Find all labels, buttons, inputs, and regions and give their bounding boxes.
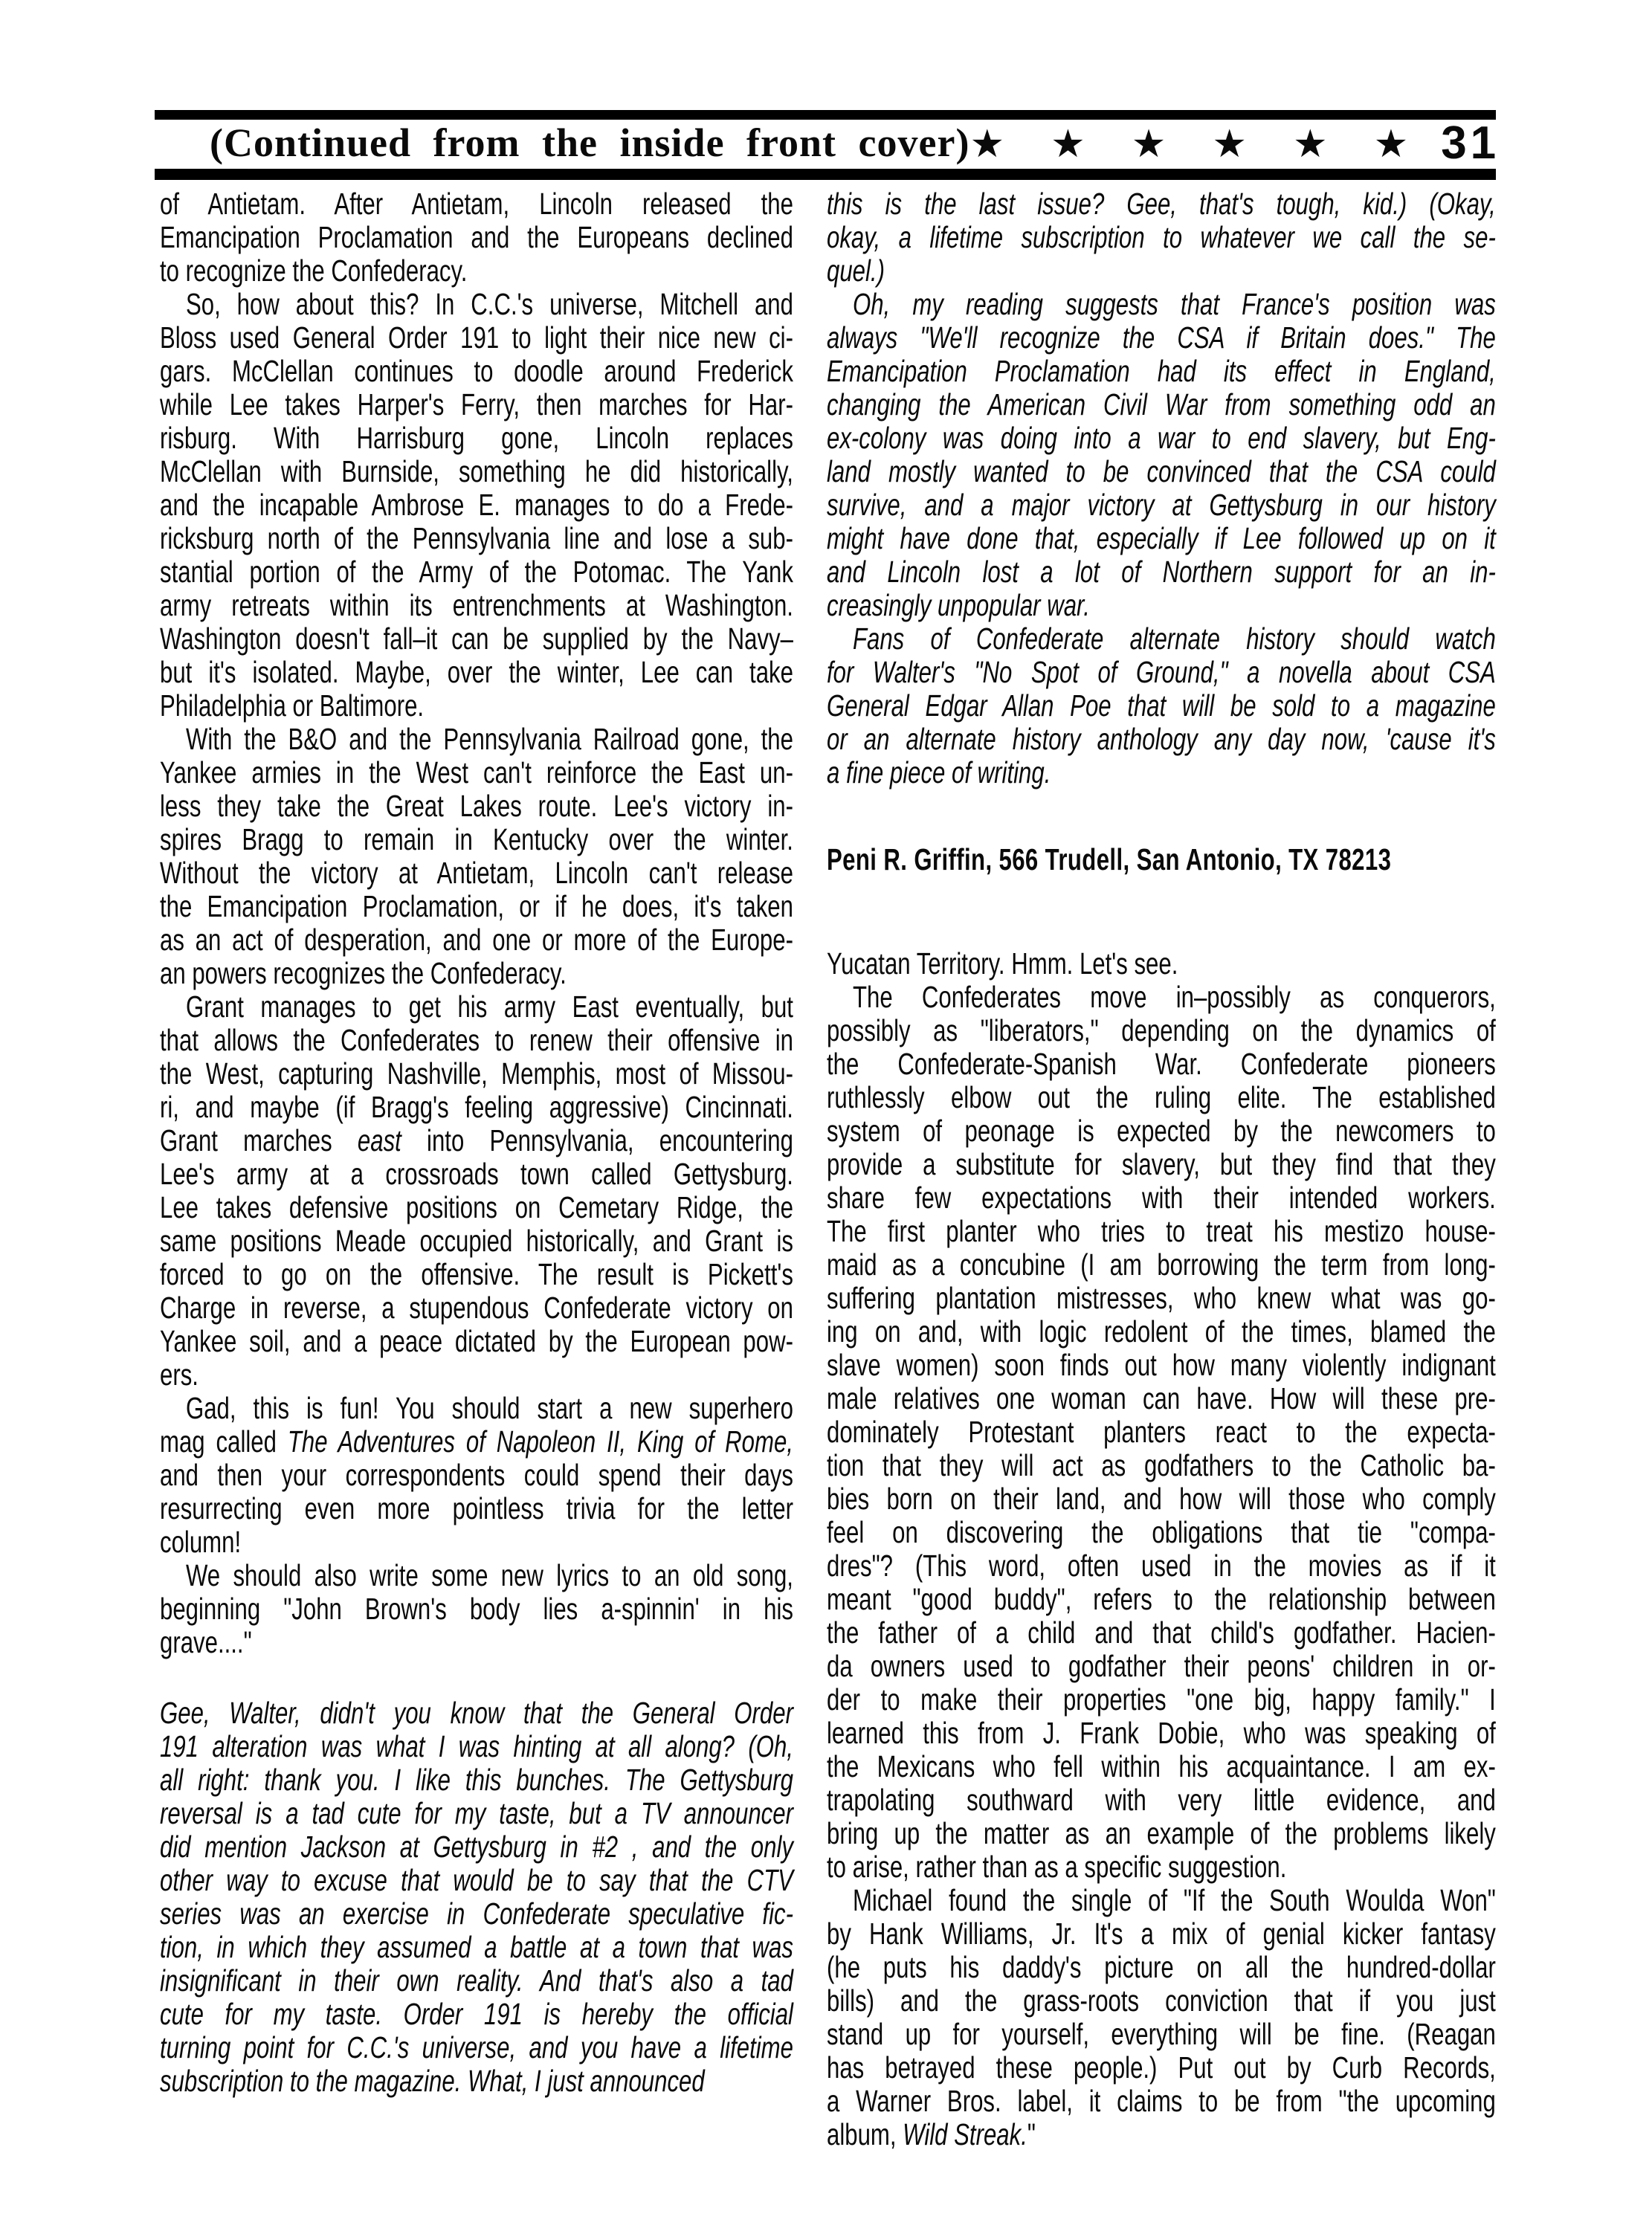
paragraph: of Antietam. After Antietam, Lincoln rel…	[160, 187, 793, 288]
star-icon: ★	[1293, 125, 1328, 164]
text-line: system of peonage is expected by the new…	[827, 1114, 1496, 1148]
text-line: and the incapable Ambrose E. manages to …	[160, 488, 793, 522]
text-line: the West, capturing Nashville, Memphis, …	[160, 1057, 793, 1091]
continuation-header: (Continued from the inside front cover) …	[155, 110, 1496, 180]
text-line: Gad, this is fun! You should start a new…	[160, 1392, 793, 1425]
text-line: ri, and maybe (if Bragg's feeling aggres…	[160, 1091, 793, 1124]
paragraph: So, how about this? In C.C.'s universe, …	[160, 288, 793, 723]
text-line: for Walter's "No Spot of Ground," a nove…	[827, 656, 1496, 689]
text-line: this is the last issue? Gee, that's toug…	[827, 187, 1496, 221]
text-line: With the B&O and the Pennsylvania Railro…	[160, 723, 793, 756]
header-title: (Continued from the inside front cover)	[210, 120, 969, 169]
text-line: Michael found the single of "If the Sout…	[827, 1884, 1496, 1917]
star-icon: ★	[969, 125, 1004, 164]
text-line: General Edgar Allan Poe that will be sol…	[827, 689, 1496, 723]
text-line: army retreats within its entrenchments a…	[160, 589, 793, 622]
left-column-text: of Antietam. After Antietam, Lincoln rel…	[160, 187, 793, 2098]
paragraph: With the B&O and the Pennsylvania Railro…	[160, 723, 793, 990]
text-line: has betrayed these people.) Put out by C…	[827, 2051, 1496, 2085]
paragraph: Grant manages to get his army East event…	[160, 990, 793, 1392]
paragraph: Gee, Walter, didn't you know that the Ge…	[160, 1696, 793, 2098]
text-line: The Confederates move in–possibly as con…	[827, 981, 1496, 1014]
right-column: this is the last issue? Gee, that's toug…	[827, 187, 1496, 2151]
text-line: by Hank Williams, Jr. It's a mix of geni…	[827, 1917, 1496, 1951]
paragraph: Gad, this is fun! You should start a new…	[160, 1392, 793, 1559]
text-line: dominately Protestant planters react to …	[827, 1415, 1496, 1449]
text-line: ex-colony was doing into a war to end sl…	[827, 422, 1496, 455]
text-line: tion that they will act as godfathers to…	[827, 1449, 1496, 1482]
text-line: to arise, rather than as a specific sugg…	[827, 1850, 1496, 1884]
text-line: spires Bragg to remain in Kentucky over …	[160, 823, 793, 856]
star-row: ★★★★★★	[969, 125, 1408, 164]
left-column: of Antietam. After Antietam, Lincoln rel…	[160, 187, 793, 2098]
text-line: 191 alteration was what I was hinting at…	[160, 1730, 793, 1763]
text-line: grave...."	[160, 1626, 793, 1659]
text-line: the Confederate-Spanish War. Confederate…	[827, 1047, 1496, 1081]
text-line: or an alternate history anthology any da…	[827, 723, 1496, 756]
text-line: bring up the matter as an example of the…	[827, 1817, 1496, 1850]
paragraph: The Confederates move in–possibly as con…	[827, 981, 1496, 1884]
text-line: da owners used to godfather their peons'…	[827, 1650, 1496, 1683]
text-line: album, Wild Streak."	[827, 2118, 1496, 2151]
star-icon: ★	[1212, 125, 1247, 164]
text-line: same positions Meade occupied historical…	[160, 1224, 793, 1258]
text-line: possibly as "liberators," depending on t…	[827, 1014, 1496, 1047]
text-line: survive, and a major victory at Gettysbu…	[827, 488, 1496, 522]
text-line: We should also write some new lyrics to …	[160, 1559, 793, 1592]
text-line: the father of a child and that child's g…	[827, 1616, 1496, 1650]
text-line: column!	[160, 1525, 793, 1559]
text-line: stantial portion of the Army of the Poto…	[160, 555, 793, 589]
text-line: the Mexicans who fell within his acquain…	[827, 1750, 1496, 1783]
text-line: other way to excuse that would be to say…	[160, 1864, 793, 1897]
text-line: Oh, my reading suggests that France's po…	[827, 288, 1496, 321]
text-line: (he puts his daddy's picture on all the …	[827, 1951, 1496, 1984]
text-line: Peni R. Griffin, 566 Trudell, San Antoni…	[827, 843, 1496, 876]
text-line: Charge in reverse, a stupendous Confeder…	[160, 1291, 793, 1325]
text-line: less they take the Great Lakes route. Le…	[160, 790, 793, 823]
text-line: Without the victory at Antietam, Lincoln…	[160, 856, 793, 890]
text-line: mag called The Adventures of Napoleon II…	[160, 1425, 793, 1459]
text-line: Grant marches east into Pennsylvania, en…	[160, 1124, 793, 1158]
text-line: Emancipation Proclamation and the Europe…	[160, 221, 793, 254]
paragraph: We should also write some new lyrics to …	[160, 1559, 793, 1659]
text-line: der to make their properties "one big, h…	[827, 1683, 1496, 1717]
text-line: risburg. With Harrisburg gone, Lincoln r…	[160, 422, 793, 455]
text-line: Grant manages to get his army East event…	[160, 990, 793, 1024]
text-line: slave women) soon finds out how many vio…	[827, 1349, 1496, 1382]
text-line: the Emancipation Proclamation, or if he …	[160, 890, 793, 923]
text-line: creasingly unpopular war.	[827, 589, 1496, 622]
text-line: as an act of desperation, and one or mor…	[160, 923, 793, 957]
page: { "header": { "continued_text": "(Contin…	[0, 0, 1652, 2231]
text-line: of Antietam. After Antietam, Lincoln rel…	[160, 187, 793, 221]
text-line: did mention Jackson at Gettysburg in #2 …	[160, 1830, 793, 1864]
text-line: provide a substitute for slavery, but th…	[827, 1148, 1496, 1181]
star-icon: ★	[1132, 125, 1167, 164]
text-line: So, how about this? In C.C.'s universe, …	[160, 288, 793, 321]
text-line: male relatives one woman can have. How w…	[827, 1382, 1496, 1415]
text-line: Washington doesn't fall–it can be suppli…	[160, 622, 793, 656]
text-line: Yankee armies in the West can't reinforc…	[160, 756, 793, 790]
text-line: that allows the Confederates to renew th…	[160, 1024, 793, 1057]
page-number: 31	[1441, 117, 1500, 172]
text-line: series was an exercise in Confederate sp…	[160, 1897, 793, 1931]
text-line: share few expectations with their intend…	[827, 1181, 1496, 1215]
text-line: subscription to the magazine. What, I ju…	[160, 2064, 793, 2098]
text-line: Yucatan Territory. Hmm. Let's see.	[827, 947, 1496, 981]
text-line: all right: thank you. I like this bunche…	[160, 1763, 793, 1797]
text-line: ing on and, with logic redolent of the t…	[827, 1315, 1496, 1349]
text-line: suffering plantation mistresses, who kne…	[827, 1282, 1496, 1315]
text-line: Lee's army at a crossroads town called G…	[160, 1158, 793, 1191]
text-line: learned this from J. Frank Dobie, who wa…	[827, 1717, 1496, 1750]
text-line: but it's isolated. Maybe, over the winte…	[160, 656, 793, 689]
text-line: bies born on their land, and how will th…	[827, 1482, 1496, 1516]
text-line: and Lincoln lost a lot of Northern suppo…	[827, 555, 1496, 589]
text-line: might have done that, especially if Lee …	[827, 522, 1496, 555]
text-line: gars. McClellan continues to doodle arou…	[160, 355, 793, 388]
text-line: trapolating southward with very little e…	[827, 1783, 1496, 1817]
text-line: an powers recognizes the Confederacy.	[160, 957, 793, 990]
text-line: dres"? (This word, often used in the mov…	[827, 1549, 1496, 1583]
text-line: Emancipation Proclamation had its effect…	[827, 355, 1496, 388]
text-line: Philadelphia or Baltimore.	[160, 689, 793, 723]
text-line: ers.	[160, 1358, 793, 1392]
paragraph: Yucatan Territory. Hmm. Let's see.	[827, 947, 1496, 981]
paragraph: this is the last issue? Gee, that's toug…	[827, 187, 1496, 288]
text-line: resurrecting even more pointless trivia …	[160, 1492, 793, 1525]
text-line: maid as a concubine (I am borrowing the …	[827, 1248, 1496, 1282]
text-line: okay, a lifetime subscription to whateve…	[827, 221, 1496, 254]
text-line: ricksburg north of the Pennsylvania line…	[160, 522, 793, 555]
text-line: Lee takes defensive positions on Cemetar…	[160, 1191, 793, 1224]
star-icon: ★	[1051, 125, 1085, 164]
text-line: changing the American Civil War from som…	[827, 388, 1496, 422]
section-heading: Peni R. Griffin, 566 Trudell, San Antoni…	[827, 843, 1496, 876]
text-line: Fans of Confederate alternate history sh…	[827, 622, 1496, 656]
text-line: bills) and the grass-roots conviction th…	[827, 1984, 1496, 2018]
text-line: Gee, Walter, didn't you know that the Ge…	[160, 1696, 793, 1730]
text-line: feel on discovering the obligations that…	[827, 1516, 1496, 1549]
text-line: stand up for yourself, everything will b…	[827, 2018, 1496, 2051]
text-line: Yankee soil, and a peace dictated by the…	[160, 1325, 793, 1358]
text-line: beginning "John Brown's body lies a-spin…	[160, 1592, 793, 1626]
text-line: land mostly wanted to be convinced that …	[827, 455, 1496, 488]
text-line: cute for my taste. Order 191 is hereby t…	[160, 1998, 793, 2031]
text-line: tion, in which they assumed a battle at …	[160, 1931, 793, 1964]
text-line: quel.)	[827, 254, 1496, 288]
text-line: The first planter who tries to treat his…	[827, 1215, 1496, 1248]
text-line: and then your correspondents could spend…	[160, 1459, 793, 1492]
text-line: reversal is a tad cute for my taste, but…	[160, 1797, 793, 1830]
text-line: turning point for C.C.'s universe, and y…	[160, 2031, 793, 2064]
text-line: McClellan with Burnside, something he di…	[160, 455, 793, 488]
text-line: forced to go on the offensive. The resul…	[160, 1258, 793, 1291]
text-line: meant "good buddy", refers to the relati…	[827, 1583, 1496, 1616]
text-line: a Warner Bros. label, it claims to be fr…	[827, 2085, 1496, 2118]
paragraph: Michael found the single of "If the Sout…	[827, 1884, 1496, 2151]
text-line: insignificant in their own reality. And …	[160, 1964, 793, 1998]
text-line: ruthlessly elbow out the ruling elite. T…	[827, 1081, 1496, 1114]
text-line: always "We'll recognize the CSA if Brita…	[827, 321, 1496, 355]
text-line: to recognize the Confederacy.	[160, 254, 793, 288]
right-column-text: this is the last issue? Gee, that's toug…	[827, 187, 1496, 2151]
text-line: Bloss used General Order 191 to light th…	[160, 321, 793, 355]
paragraph: Fans of Confederate alternate history sh…	[827, 622, 1496, 790]
star-icon: ★	[1374, 125, 1409, 164]
paragraph: Oh, my reading suggests that France's po…	[827, 288, 1496, 622]
text-line: while Lee takes Harper's Ferry, then mar…	[160, 388, 793, 422]
text-line: a fine piece of writing.	[827, 756, 1496, 790]
